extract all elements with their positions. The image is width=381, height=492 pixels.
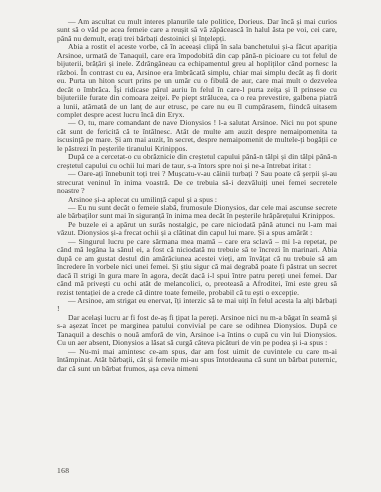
paragraph: Abia a rostit el aceste vorbe, că în ace… bbox=[57, 43, 337, 119]
paragraph: — Am ascultat cu mult interes planurile … bbox=[57, 18, 337, 43]
paragraph: — Nu-mi mai amintesc ce-am spus, dar am … bbox=[57, 348, 337, 373]
book-page: — Am ascultat cu mult interes planurile … bbox=[0, 0, 381, 492]
text-block: — Am ascultat cu mult interes planurile … bbox=[57, 18, 337, 373]
paragraph: După ce a cercetat-o cu obrăznicie din c… bbox=[57, 153, 337, 170]
paragraph: — O, tu, mare comandant de nave Dionysio… bbox=[57, 119, 337, 153]
paragraph: — Arsinoe, am strigat eu enervat, îți in… bbox=[57, 297, 337, 314]
page-number: 168 bbox=[57, 466, 69, 475]
paragraph: — Singurul lucru pe care sărmana mea mam… bbox=[57, 238, 337, 297]
paragraph: Pe buzele ei a apărut un surâs nostalgic… bbox=[57, 221, 337, 238]
paragraph: — Eu nu sunt decât o femeie slabă, frumo… bbox=[57, 204, 337, 221]
paragraph: — Oare-ați înnebunit toți trei ? Mușcatu… bbox=[57, 170, 337, 195]
paragraph: Dar același lucru ar fi fost de-aș fi ți… bbox=[57, 314, 337, 348]
